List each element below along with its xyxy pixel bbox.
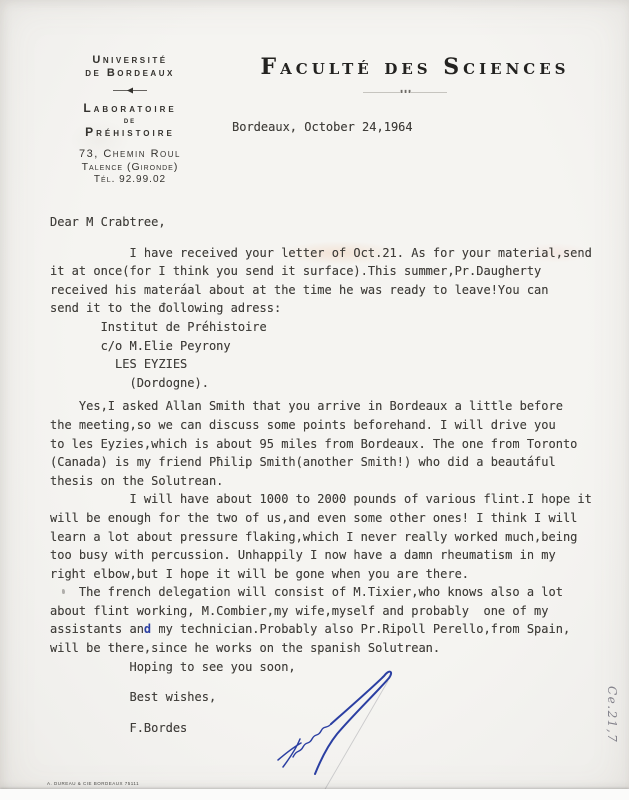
printer-mark: A. DUREAU & CIE BORDEAUX 75111 — [47, 781, 139, 786]
date-line: Bordeaux, October 24,1964 — [232, 120, 413, 134]
address-line: LES EYZIES — [50, 355, 610, 374]
ornament-dots: ∎∎∎ — [400, 90, 410, 95]
archive-annotation: Ce.21,7 — [605, 686, 619, 743]
faculty-title: Faculté des Sciences — [245, 54, 585, 80]
letter-line: to les Eyzies,which is about 95 miles fr… — [50, 435, 610, 454]
letter-line: received his materáal about at the time … — [50, 281, 610, 300]
letter-line-with-correction: assistants and my technician.Probably al… — [50, 620, 610, 639]
letterhead-ornament-icon — [113, 82, 147, 91]
letter-line: learn a lot about pressure flaking,which… — [50, 528, 610, 547]
letter-line: it at once(for I think you send it surfa… — [50, 262, 610, 281]
ornament-rule-right — [410, 92, 447, 93]
laboratory-name-line1: Laboratoire — [40, 101, 220, 115]
letterhead-phone: Tél. 92.99.02 — [40, 174, 220, 185]
letter-line: right elbow,but I hope it will be gone w… — [50, 565, 610, 584]
ornament-rule-left — [363, 92, 400, 93]
letterhead-city: Talence (Gironde) — [40, 161, 220, 173]
letter-line: too busy with percussion. Unhappily I no… — [50, 546, 610, 565]
letter-line: Yes,I asked Allan Smith that you arrive … — [50, 397, 610, 416]
letter-body: Dear M Crabtree, I have received your le… — [50, 213, 610, 737]
letter-line: send it to the đollowing adress: — [50, 299, 610, 318]
address-line: (Dordogne). — [50, 374, 610, 393]
letter-line: I will have about 1000 to 2000 pounds of… — [50, 490, 610, 509]
letter-line: the meeting,so we can discuss some point… — [50, 416, 610, 435]
letterhead-street: 73, Chemin Roul — [40, 148, 220, 160]
letter-line: I have received your letter of Oct.21. A… — [50, 244, 610, 263]
university-name-line2: de Bordeaux — [40, 67, 220, 79]
laboratory-name-line2: de — [40, 115, 220, 125]
letter-page: Université de Bordeaux Laboratoire de Pr… — [0, 0, 629, 800]
address-line: Institut de Préhistoire — [50, 318, 610, 337]
laboratory-name-line3: Préhistoire — [40, 125, 220, 139]
address-line: c/o M.Elie Peyrony — [50, 337, 610, 356]
signature — [268, 663, 413, 800]
letter-line-segment: my technician.Probably also Pr.Ripoll Pe… — [151, 622, 570, 636]
pencil-dot — [62, 589, 65, 594]
scan-edge — [0, 789, 629, 800]
faculty-title-ornament-icon: ∎∎∎ — [363, 90, 447, 95]
letter-line: about flint working, M.Combier,my wife,m… — [50, 602, 610, 621]
letter-line: The french delegation will consist of M.… — [50, 583, 610, 602]
salutation: Dear M Crabtree, — [50, 213, 610, 232]
letter-line: thesis on the Solutrean. — [50, 472, 610, 491]
letter-line: will be enough for the two of us,and eve… — [50, 509, 610, 528]
letter-line: will be there,since he works on the span… — [50, 639, 610, 658]
letterhead-block: Université de Bordeaux Laboratoire de Pr… — [40, 54, 220, 185]
letter-line: (Canada) is my friend Pħilip Smith(anoth… — [50, 453, 610, 472]
university-name-line1: Université — [40, 54, 220, 66]
letter-line-segment: assistants an — [50, 622, 144, 636]
